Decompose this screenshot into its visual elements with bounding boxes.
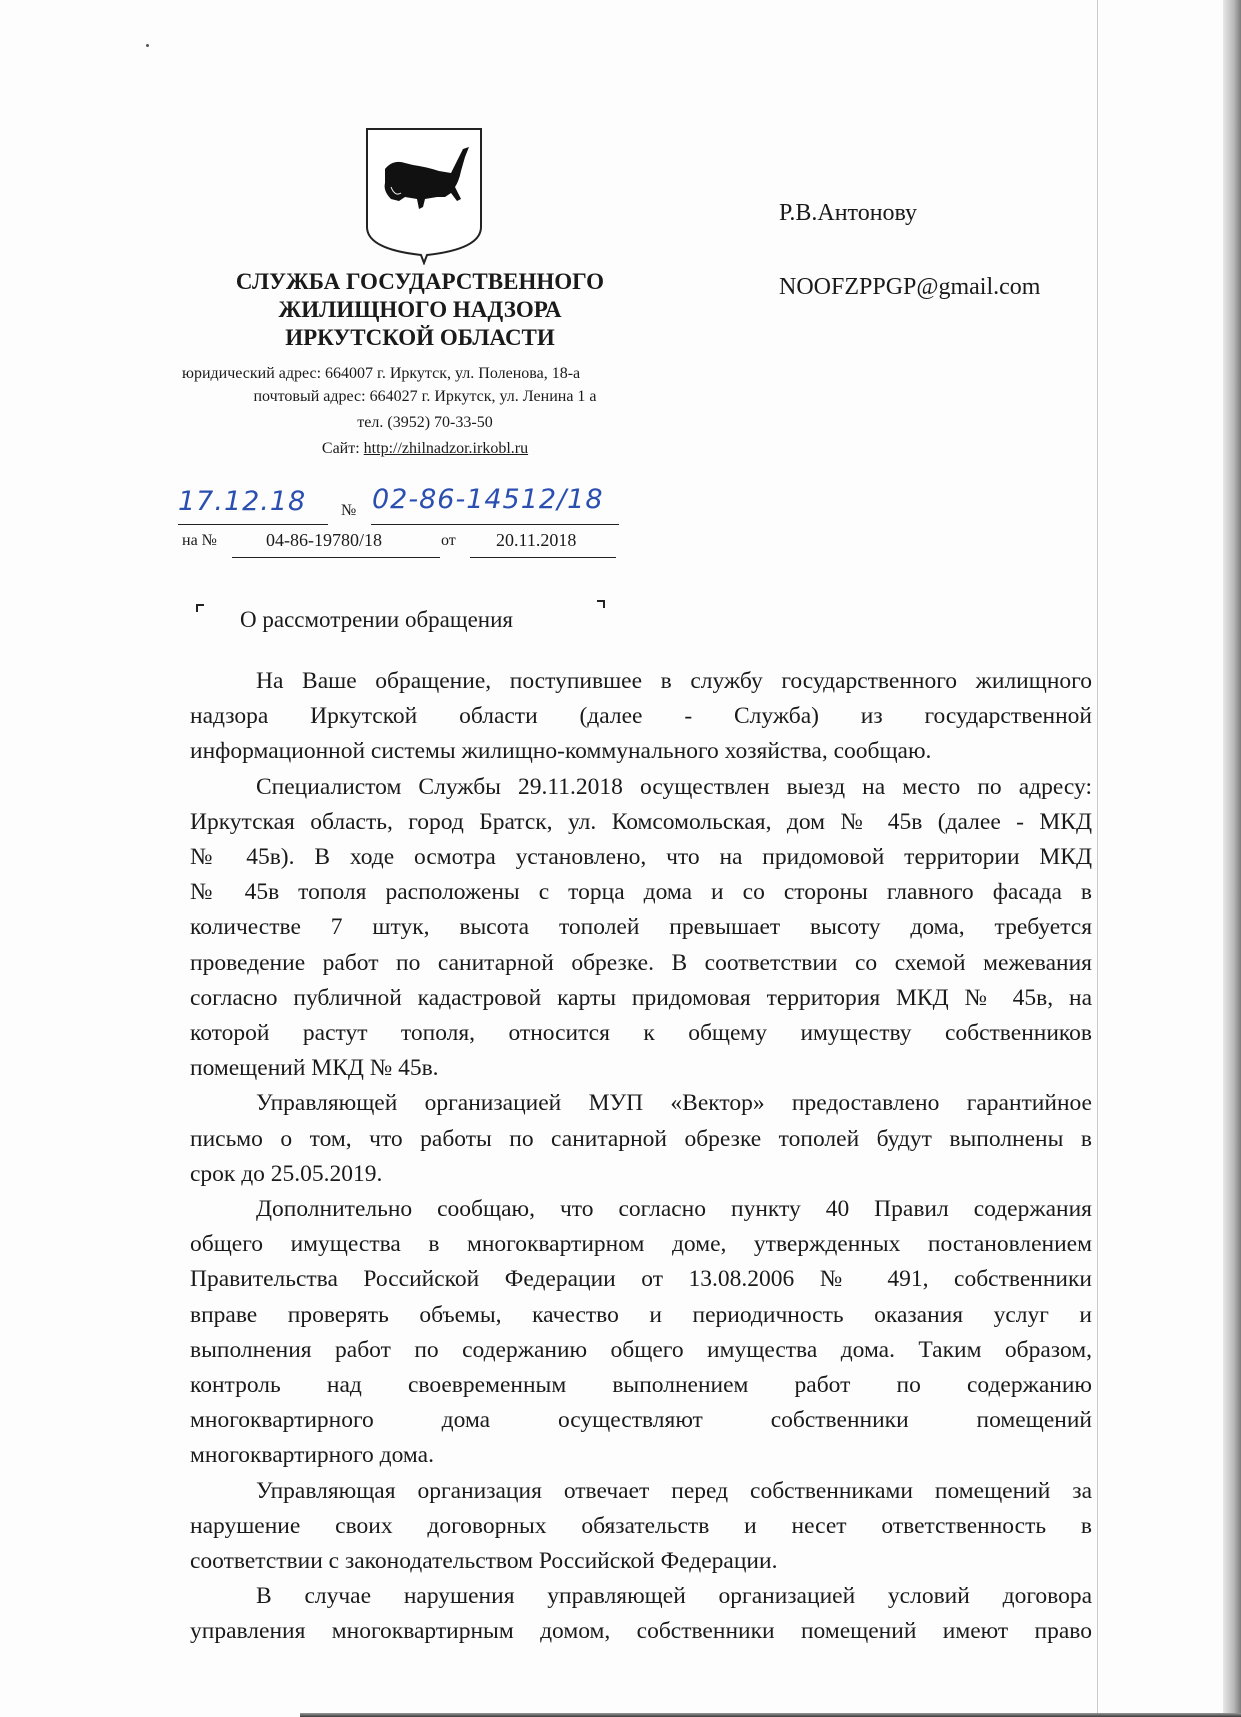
recipient-block: Р.В.Антонову NOOFZPPGP@gmail.com: [779, 198, 1040, 302]
text-line: управления многоквартирным домом, собств…: [190, 1614, 1092, 1649]
reply-date-underline: [470, 557, 616, 558]
coat-of-arms-icon: [365, 127, 483, 265]
outgoing-date-handwritten: 17.12.18: [178, 486, 306, 517]
reply-to-number: 04-86-19780/18: [266, 530, 382, 551]
org-name-line: ЖИЛИЩНОГО НАДЗОРА: [190, 296, 650, 324]
text-line: соответствии с законодательством Российс…: [190, 1544, 1092, 1579]
letter-body: На Ваше обращение, поступившее в службу …: [190, 664, 1092, 1650]
text-line: общего имущества в многоквартирном доме,…: [190, 1227, 1092, 1262]
text-line: многоквартирного дома.: [190, 1438, 1092, 1473]
paragraph: Управляющей организацией МУП «Вектор» пр…: [190, 1086, 1092, 1192]
text-line: выполнения работ по содержанию общего им…: [190, 1333, 1092, 1368]
reply-to-date: 20.11.2018: [496, 530, 576, 551]
reply-number-underline: [232, 557, 440, 558]
text-line: письмо о том, что работы по санитарной о…: [190, 1122, 1092, 1157]
website: Сайт: http://zhilnadzor.irkobl.ru: [170, 437, 680, 460]
recipient-email: NOOFZPPGP@gmail.com: [779, 272, 1040, 302]
text-line: Дополнительно сообщаю, что согласно пунк…: [190, 1192, 1092, 1227]
number-underline: [371, 524, 619, 525]
text-line: надзора Иркутской области (далее - Служб…: [190, 699, 1092, 734]
reply-to-label: на №: [182, 532, 217, 550]
text-line: На Ваше обращение, поступившее в службу …: [190, 664, 1092, 699]
paragraph: На Ваше обращение, поступившее в службу …: [190, 664, 1092, 770]
text-line: помещений МКД № 45в.: [190, 1051, 1092, 1086]
paragraph: В случае нарушения управляющей организац…: [190, 1579, 1092, 1649]
text-line: срок до 25.05.2019.: [190, 1157, 1092, 1192]
text-line: № 45в тополя расположены с торца дома и …: [190, 875, 1092, 910]
text-line: многоквартирного дома осуществляют собст…: [190, 1403, 1092, 1438]
scan-fold-line: [1097, 0, 1098, 1717]
text-line: В случае нарушения управляющей организац…: [190, 1579, 1092, 1614]
text-line: согласно публичной кадастровой карты при…: [190, 981, 1092, 1016]
phone-number: тел. (3952) 70-33-50: [170, 411, 680, 434]
scan-speck: [146, 44, 149, 47]
org-name-line: ИРКУТСКОЙ ОБЛАСТИ: [190, 324, 650, 352]
letter-subject: О рассмотрении обращения: [240, 607, 513, 633]
text-line: № 45в). В ходе осмотра установлено, что …: [190, 840, 1092, 875]
number-label: №: [341, 502, 356, 520]
outgoing-number-handwritten: 02-86-14512/18: [372, 484, 604, 515]
organization-contacts: юридический адрес: 664007 г. Иркутск, ул…: [170, 362, 680, 460]
text-line: которой растут тополя, относится к общем…: [190, 1016, 1092, 1051]
text-line: информационной системы жилищно-коммуналь…: [190, 734, 1092, 769]
text-line: нарушение своих договорных обязательств …: [190, 1509, 1092, 1544]
legal-address: юридический адрес: 664007 г. Иркутск, ул…: [182, 362, 680, 385]
recipient-name: Р.В.Антонову: [779, 198, 1040, 228]
scan-bottom-edge: [300, 1713, 1241, 1717]
paragraph: Дополнительно сообщаю, что согласно пунк…: [190, 1192, 1092, 1474]
text-line: Управляющая организация отвечает перед с…: [190, 1474, 1092, 1509]
text-line: Иркутская область, город Братск, ул. Ком…: [190, 805, 1092, 840]
date-underline: [178, 524, 328, 525]
text-line: проведение работ по санитарной обрезке. …: [190, 946, 1092, 981]
from-label: от: [441, 532, 456, 550]
text-line: Правительства Российской Федерации от 13…: [190, 1262, 1092, 1297]
text-line: вправе проверять объемы, качество и пери…: [190, 1298, 1092, 1333]
paragraph: Специалистом Службы 29.11.2018 осуществл…: [190, 770, 1092, 1087]
website-label: Сайт:: [322, 440, 364, 457]
subject-corner-mark: [196, 604, 204, 612]
website-link[interactable]: http://zhilnadzor.irkobl.ru: [364, 440, 528, 457]
text-line: количестве 7 штук, высота тополей превыш…: [190, 910, 1092, 945]
org-name-line: СЛУЖБА ГОСУДАРСТВЕННОГО: [190, 268, 650, 296]
paragraph: Управляющая организация отвечает перед с…: [190, 1474, 1092, 1580]
text-line: контроль над своевременным выполнением р…: [190, 1368, 1092, 1403]
organization-name: СЛУЖБА ГОСУДАРСТВЕННОГО ЖИЛИЩНОГО НАДЗОР…: [190, 268, 650, 352]
postal-address: почтовый адрес: 664027 г. Иркутск, ул. Л…: [170, 385, 680, 408]
text-line: Специалистом Службы 29.11.2018 осуществл…: [190, 770, 1092, 805]
subject-corner-mark: [597, 600, 605, 608]
scan-page-edge: [1223, 0, 1241, 1717]
document-page: СЛУЖБА ГОСУДАРСТВЕННОГО ЖИЛИЩНОГО НАДЗОР…: [0, 0, 1241, 1717]
text-line: Управляющей организацией МУП «Вектор» пр…: [190, 1086, 1092, 1121]
